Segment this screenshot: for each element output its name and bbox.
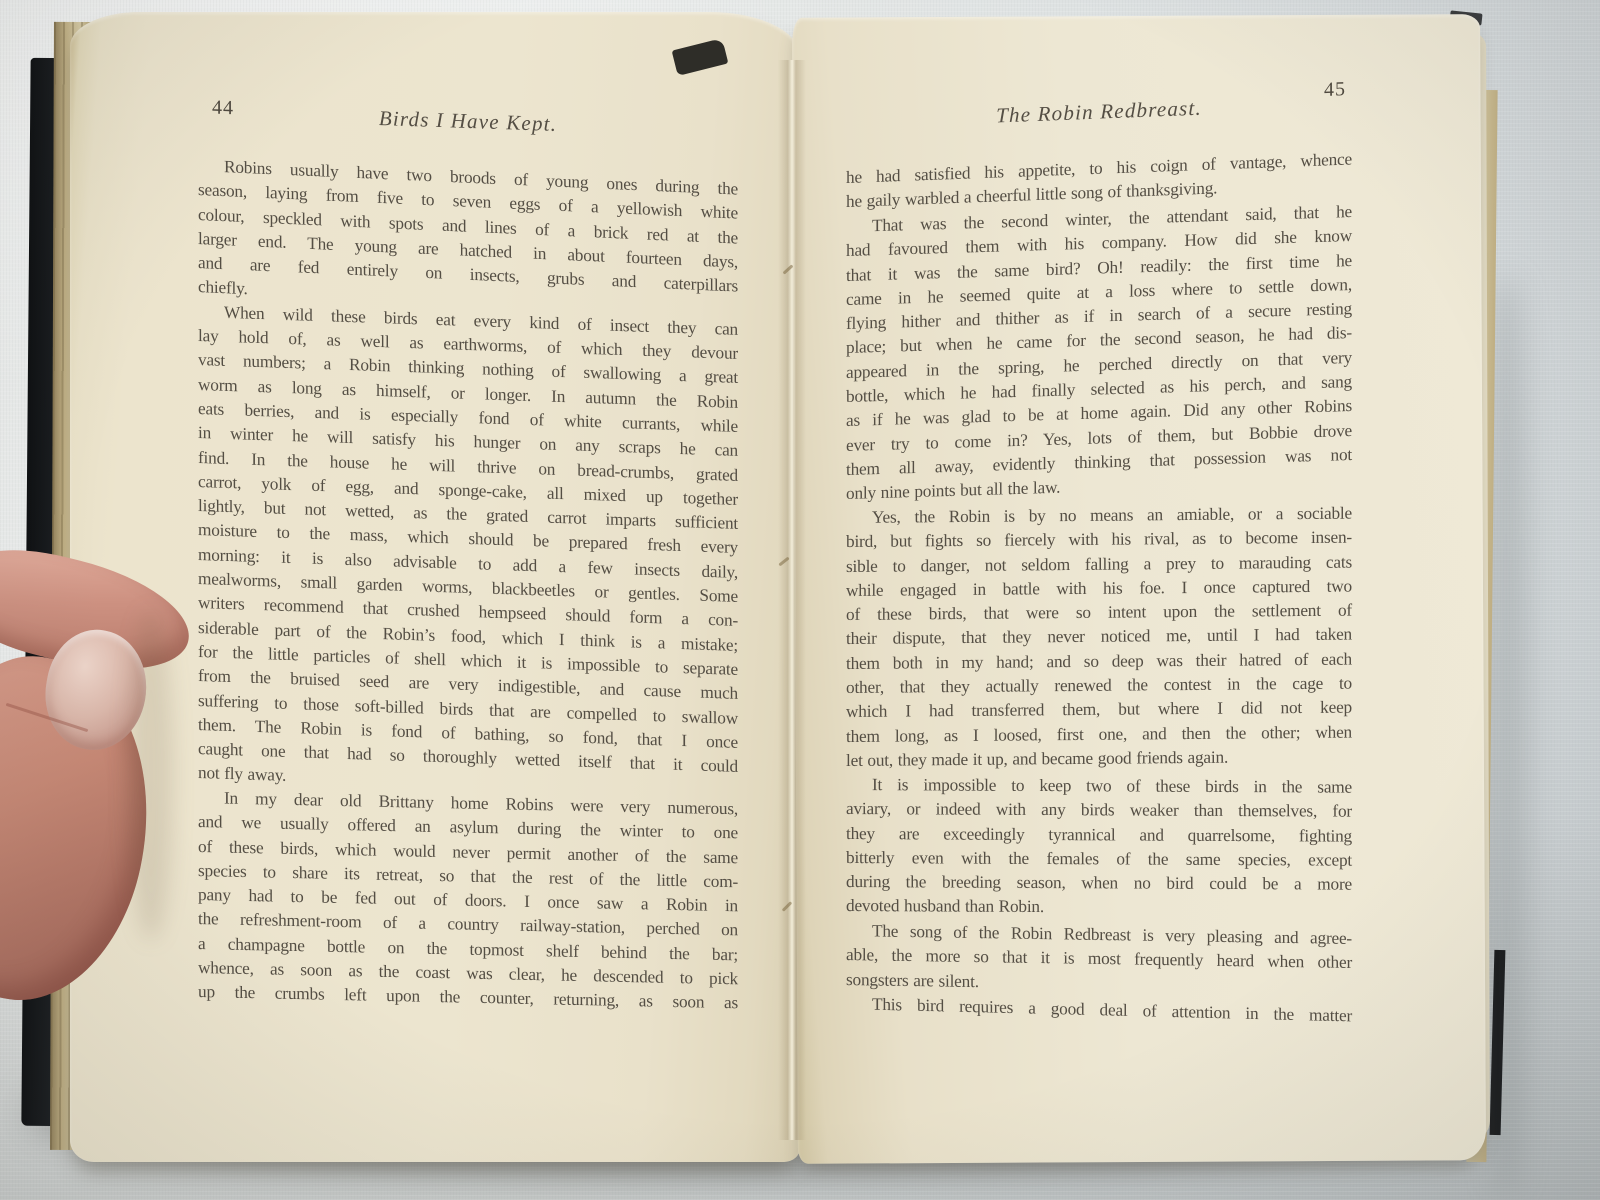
text-line: let out, they made it up, and became goo…: [846, 745, 1352, 774]
text-line: during the breeding season, when no bird…: [846, 871, 1352, 898]
running-header-right: The Robin Redbreast.: [846, 90, 1352, 134]
text-line: they are exceedingly tyrannical and quar…: [846, 822, 1352, 849]
page-number-right: 45: [1324, 78, 1346, 102]
text-line: them long, as I loosed, first one, and t…: [846, 720, 1352, 749]
page-45-body: he had satisfied his appetite, to his co…: [846, 157, 1352, 1016]
paragraph: Yes, the Robin is by no means an amiable…: [846, 502, 1352, 774]
text-line: It is impossible to keep two of these bi…: [846, 773, 1352, 800]
hand: [0, 540, 300, 1010]
gutter-crease: [778, 60, 806, 1140]
paragraph: The song of the Robin Redbreast is very …: [846, 919, 1352, 1000]
paragraph: Robins usually have two broods of young …: [198, 154, 738, 323]
text-line: devoted husband than Robin.: [846, 895, 1352, 922]
running-header-left: Birds I Have Kept.: [198, 100, 738, 143]
paragraph: That was the second winter, the attendan…: [846, 200, 1352, 507]
photo-scene: 44 Birds I Have Kept. Robins usually hav…: [0, 0, 1600, 1200]
text-line: bitterly even with the females of the sa…: [846, 846, 1352, 873]
paragraph: It is impossible to keep two of these bi…: [846, 773, 1352, 921]
page-45-text: The Robin Redbreast. 45 he had satisfied…: [846, 87, 1352, 1016]
text-line: aviary, or indeed with any birds weaker …: [846, 798, 1352, 825]
